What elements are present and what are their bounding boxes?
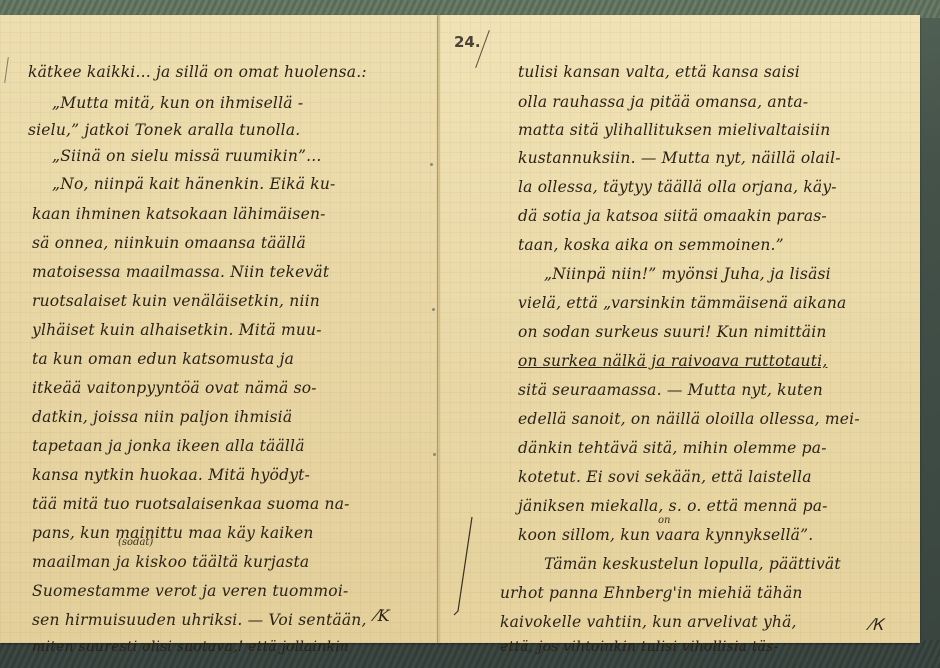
- manuscript-line: koon sillom, kun vaara kynnyksellä”.: [518, 526, 813, 544]
- end-mark: ⁄K: [375, 606, 390, 625]
- manuscript-line: olla rauhassa ja pitää omansa, anta-: [518, 93, 808, 111]
- insertion-note: on: [658, 515, 670, 526]
- manuscript-line-underlined: on surkea nälkä ja raivoava ruttotauti,: [518, 352, 827, 370]
- manuscript-line: tää mitä tuo ruotsalaisenkaa suoma na-: [32, 495, 350, 513]
- end-mark: ⁄Ꮶ: [870, 615, 884, 635]
- manuscript-line: tulisi kansan valta, että kansa saisi: [518, 63, 800, 81]
- manuscript-line: „Siinä on sielu missä ruumikin”...: [52, 147, 322, 165]
- right-page: 24. tulisi kansan valta, että kansa sais…: [438, 15, 920, 643]
- manuscript-line: kaan ihminen katsokaan lähimäisen-: [32, 205, 326, 223]
- manuscript-line: itkeää vaitonpyyntöä ovat nämä so-: [32, 379, 317, 397]
- manuscript-line: edellä sanoit, on näillä oloilla ollessa…: [518, 410, 860, 428]
- manuscript-line: vielä, että „varsinkin tämmäisenä aikana: [518, 294, 846, 312]
- manuscript-line: la ollessa, täytyy täällä olla orjana, k…: [518, 178, 837, 196]
- manuscript-line: sä onnea, niinkuin omaansa täällä: [32, 234, 306, 252]
- insertion-note: (sodat): [118, 537, 153, 548]
- binding-hole: [430, 163, 433, 166]
- manuscript-line: kätkee kaikki... ja sillä on omat huolen…: [28, 63, 367, 81]
- manuscript-line: urhot panna Ehnberg'in miehiä tähän: [500, 584, 803, 602]
- binding-hole: [432, 308, 435, 311]
- manuscript-line: kaivokelle vahtiin, kun arvelivat yhä,: [500, 613, 797, 631]
- manuscript-line: sitä seuraamassa. — Mutta nyt, kuten: [518, 381, 823, 399]
- manuscript-line: jäniksen miekalla, s. o. että mennä pa-: [518, 497, 828, 515]
- manuscript-line: kotetut. Ei sovi sekään, että laistella: [518, 468, 812, 486]
- manuscript-line: „Niinpä niin!” myönsi Juha, ja lisäsi: [544, 265, 831, 283]
- binding-hole: [433, 453, 436, 456]
- manuscript-line: „No, niinpä kait hänenkin. Eikä ku-: [52, 175, 336, 193]
- manuscript-line: dä sotia ja katsoa siitä omaakin paras-: [518, 207, 827, 225]
- margin-mark: [4, 57, 9, 83]
- manuscript-line: datkin, joissa niin paljon ihmisiä: [32, 408, 292, 426]
- manuscript-line: miten suuresti olisi suotava,! että joll…: [32, 639, 349, 655]
- manuscript-line: kansa nytkin huokaa. Mitä hyödyt-: [32, 466, 310, 484]
- manuscript-line: Suomestamme verot ja veren tuommoi-: [32, 582, 348, 600]
- page-number: 24.: [454, 33, 481, 51]
- manuscript-line: pans, kun mainittu maa käy kaiken: [32, 524, 314, 542]
- manuscript-line: „Mutta mitä, kun on ihmisellä -: [52, 94, 303, 112]
- manuscript-line: tapetaan ja jonka ikeen alla täällä: [32, 437, 305, 455]
- manuscript-line: maailman ja kiskoo täältä kurjasta: [32, 553, 309, 571]
- manuscript-line: sen hirmuisuuden uhriksi. — Voi sentään,: [32, 611, 367, 629]
- manuscript-line: sielu,” jatkoi Tonek aralla tunolla.: [28, 121, 300, 139]
- left-page: kätkee kaikki... ja sillä on omat huolen…: [0, 15, 438, 643]
- manuscript-line: kustannuksiin. — Mutta nyt, näillä olail…: [518, 149, 841, 167]
- manuscript-line: dänkin tehtävä sitä, mihin olemme pa-: [518, 439, 827, 457]
- manuscript-line: matoisessa maailmassa. Niin tekevät: [32, 263, 329, 281]
- manuscript-line: ylhäiset kuin alhaisetkin. Mitä muu-: [32, 321, 322, 339]
- manuscript-line: taan, koska aika on semmoinen.”: [518, 236, 784, 254]
- manuscript-line: ruotsalaiset kuin venäläisetkin, niin: [32, 292, 320, 310]
- manuscript-line: ta kun oman edun katsomusta ja: [32, 350, 294, 368]
- manuscript-line: on sodan surkeus suuri! Kun nimittäin: [518, 323, 827, 341]
- manuscript-line: Tämän keskustelun lopulla, päättivät: [544, 555, 841, 573]
- manuscript-line: että, jos vihtoinkin tulisi vihollisia t…: [500, 639, 779, 655]
- manuscript-line: matta sitä ylihallituksen mielivaltaisii…: [518, 121, 830, 139]
- margin-bracket-mark: [452, 515, 474, 617]
